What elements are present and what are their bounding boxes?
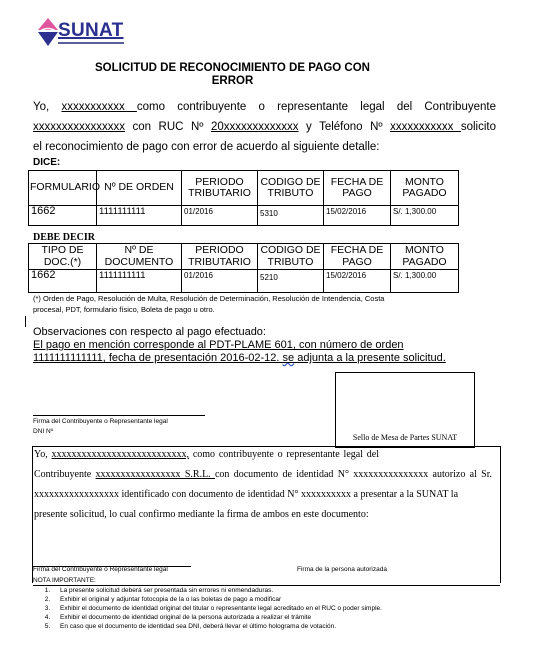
dice-data-row: 1662 1111111111 01/2016 5310 15/02/2016 …: [29, 206, 459, 226]
cell-numero-orden[interactable]: 1111111111: [97, 206, 182, 226]
dice-label: DICE:: [33, 157, 60, 168]
cell-formulario[interactable]: 1662: [29, 206, 97, 226]
cell-monto[interactable]: S/. 1,300.00: [391, 206, 459, 226]
header-monto: MONTO PAGADO: [391, 171, 459, 206]
cell-codigo[interactable]: 5210: [258, 270, 324, 293]
authorization-text: Yo, xxxxxxxxxxxxxxxxxxxxxxxxxxx, como co…: [34, 445, 492, 525]
header-fecha: FECHA DE PAGO: [324, 171, 391, 206]
header-periodo: PERIODO TRIBUTARIO: [182, 171, 258, 206]
header-numero-orden: Nº DE ORDEN: [97, 171, 182, 206]
title-line-2: ERROR: [60, 75, 405, 88]
auth-line-4: presente solicitud, lo cual confirmo med…: [34, 505, 492, 525]
cell-fecha[interactable]: 15/02/2016: [324, 206, 391, 226]
cell-monto[interactable]: S/. 1,300.00: [391, 270, 459, 293]
ruc-field[interactable]: 20xxxxxxxxxxxxx: [211, 121, 299, 133]
note-item: Exhibir el original y adjuntar fotocopia…: [52, 595, 382, 604]
debe-decir-header-row: TIPO DE DOC.(*) Nº DE DOCUMENTO PERIODO …: [29, 244, 459, 270]
note-item: Exhibir el documento de identidad origin…: [52, 604, 382, 613]
auth-name-field[interactable]: xxxxxxxxxxxxxxxxxxxxxxxxxxx,: [52, 449, 190, 460]
contributor-field[interactable]: xxxxxxxxxxxxxxxx: [33, 121, 125, 133]
cell-fecha[interactable]: 15/02/2016: [324, 270, 391, 293]
signature-block: Firma del Contribuyente o Representante …: [33, 417, 168, 437]
auth-signature-left: Firma del Contribuyente o Representante …: [33, 565, 168, 575]
observaciones-section: Observaciones con respecto al pago efect…: [33, 326, 503, 365]
cell-periodo[interactable]: 01/2016: [182, 270, 258, 293]
sunat-diamond-icon: [36, 17, 60, 47]
phone-field[interactable]: xxxxxxxxxxx: [390, 121, 461, 133]
auth-contributor-field[interactable]: xxxxxxxxxxxxxxxxx S.R.L.: [96, 469, 215, 480]
header-monto: MONTO PAGADO: [391, 244, 459, 270]
dice-table: FORMULARIO Nº DE ORDEN PERIODO TRIBUTARI…: [28, 170, 459, 226]
header-fecha: FECHA DE PAGO: [324, 244, 391, 270]
text-cursor: [25, 316, 26, 327]
debe-decir-table: TIPO DE DOC.(*) Nº DE DOCUMENTO PERIODO …: [28, 243, 459, 293]
stamp-label: Sello de Mesa de Partes SUNAT: [335, 433, 475, 442]
signature-line: [33, 415, 205, 416]
logo-wordmark: SUNAT: [58, 20, 124, 42]
intro-paragraph: Yo, xxxxxxxxxxx como contribuyente o rep…: [33, 97, 496, 157]
header-codigo: CODIGO DE TRIBUTO: [258, 171, 324, 206]
name-field[interactable]: xxxxxxxxxxx: [61, 101, 136, 113]
sunat-logo: SUNAT: [36, 17, 128, 47]
cell-codigo[interactable]: 5310: [258, 206, 324, 226]
intro-line-3: el reconocimiento de pago con error de a…: [33, 137, 496, 157]
debe-decir-data-row: 1662 1111111111 01/2016 5210 15/02/2016 …: [29, 270, 459, 293]
dni-label: DNI Nº: [33, 427, 168, 437]
observaciones-line-1[interactable]: El pago en mención corresponde al PDT-PL…: [33, 339, 503, 352]
header-periodo: PERIODO TRIBUTARIO: [182, 244, 258, 270]
note-item: Exhibir el documento de identidad origin…: [52, 613, 382, 622]
logo-tagline: [58, 42, 124, 44]
observaciones-label: Observaciones con respecto al pago efect…: [33, 326, 503, 339]
header-tipo-doc: TIPO DE DOC.(*): [29, 244, 97, 270]
footnote: (*) Orden de Pago, Resolución de Multa, …: [33, 293, 463, 315]
note-item: En caso que el documento de identidad se…: [52, 622, 382, 631]
spellcheck-word: se: [283, 352, 295, 364]
document-title: SOLICITUD DE RECONOCIMIENTO DE PAGO CON …: [60, 62, 405, 87]
note-item: La presente solicitud deberá ser present…: [52, 586, 382, 595]
header-formulario: FORMULARIO: [29, 171, 97, 206]
cell-tipo-doc[interactable]: 1662: [29, 270, 97, 293]
auth-line-3: xxxxxxxxxxxxxxxxx identificado con docum…: [34, 485, 492, 505]
notes-title: NOTA IMPORTANTE:: [33, 576, 500, 586]
auth-signature-right: Firma de la persona autorizada: [297, 565, 387, 575]
dice-header-row: FORMULARIO Nº DE ORDEN PERIODO TRIBUTARI…: [29, 171, 459, 206]
title-line-1: SOLICITUD DE RECONOCIMIENTO DE PAGO CON: [60, 62, 405, 75]
notes-list: La presente solicitud deberá ser present…: [30, 586, 382, 631]
signature-label: Firma del Contribuyente o Representante …: [33, 417, 168, 427]
header-codigo: CODIGO DE TRIBUTO: [258, 244, 324, 270]
debe-decir-label: DEBE DECIR: [33, 232, 95, 243]
cell-periodo[interactable]: 01/2016: [182, 206, 258, 226]
observaciones-line-2[interactable]: 1111111111111, fecha de presentación 201…: [33, 352, 503, 365]
cell-numero-documento[interactable]: 1111111111: [97, 270, 182, 293]
header-numero-documento: Nº DE DOCUMENTO: [97, 244, 182, 270]
